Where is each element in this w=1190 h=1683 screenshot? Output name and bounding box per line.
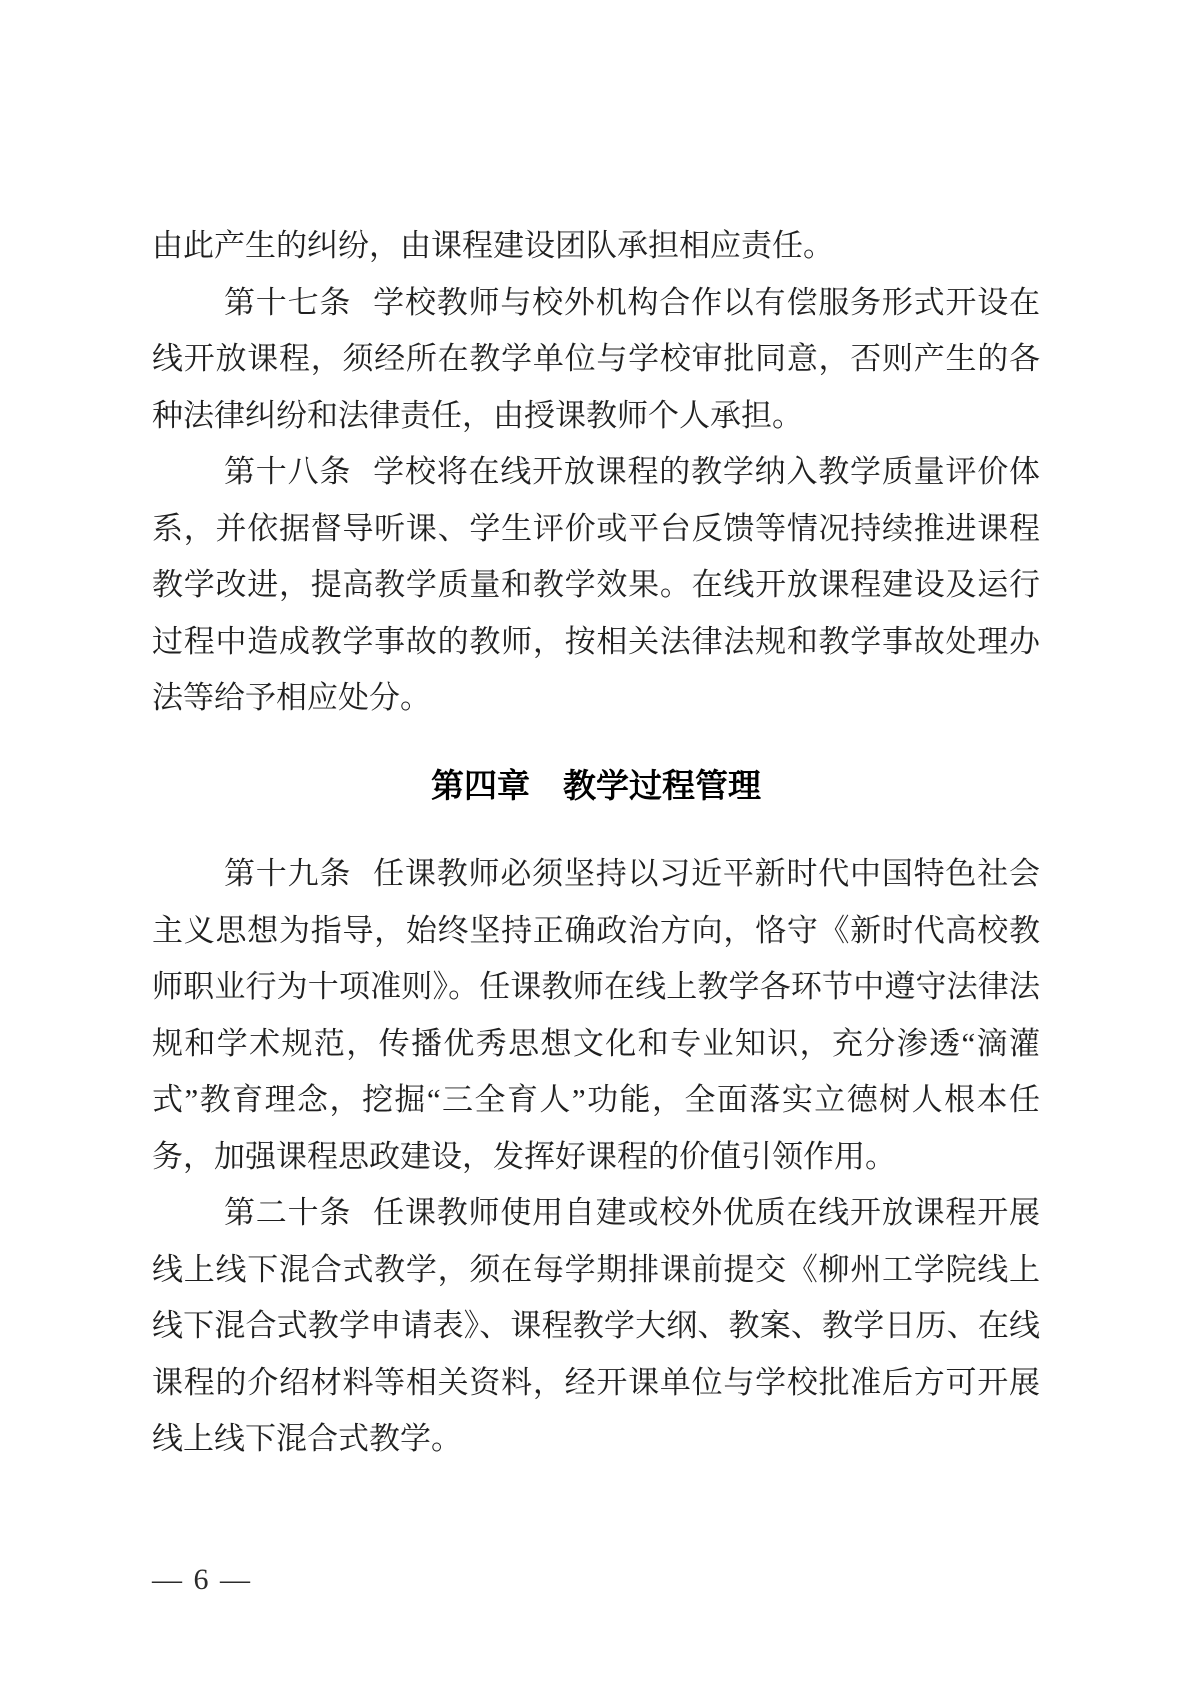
article-18-text: 学校将在线开放课程的教学纳入教学质量评价体系，并依据督导听课、学生评价或平台反馈…: [152, 454, 1040, 715]
page-footer: — 6 —: [152, 1563, 252, 1597]
article-17-label: 第十七条: [224, 285, 351, 320]
article-20-label: 第二十条: [224, 1195, 351, 1230]
document-page: 由此产生的纠纷，由课程建设团队承担相应责任。 第十七条学校教师与校外机构合作以有…: [0, 0, 1190, 1683]
article-20-paragraph: 第二十条任课教师使用自建或校外优质在线开放课程开展线上线下混合式教学，须在每学期…: [152, 1185, 1040, 1468]
article-18-paragraph: 第十八条学校将在线开放课程的教学纳入教学质量评价体系，并依据督导听课、学生评价或…: [152, 444, 1040, 727]
article-19-text: 任课教师必须坚持以习近平新时代中国特色社会主义思想为指导，始终坚持正确政治方向，…: [152, 856, 1040, 1174]
article-19-label: 第十九条: [224, 856, 351, 891]
chapter-heading: 第四章 教学过程管理: [152, 758, 1040, 815]
paragraph-continuation: 由此产生的纠纷，由课程建设团队承担相应责任。: [152, 218, 1040, 275]
article-18-label: 第十八条: [224, 454, 351, 489]
article-17-paragraph: 第十七条学校教师与校外机构合作以有偿服务形式开设在线开放课程，须经所在教学单位与…: [152, 275, 1040, 445]
article-20-text: 任课教师使用自建或校外优质在线开放课程开展线上线下混合式教学，须在每学期排课前提…: [152, 1195, 1040, 1456]
article-19-paragraph: 第十九条任课教师必须坚持以习近平新时代中国特色社会主义思想为指导，始终坚持正确政…: [152, 846, 1040, 1185]
document-body: 由此产生的纠纷，由课程建设团队承担相应责任。 第十七条学校教师与校外机构合作以有…: [152, 218, 1040, 1468]
